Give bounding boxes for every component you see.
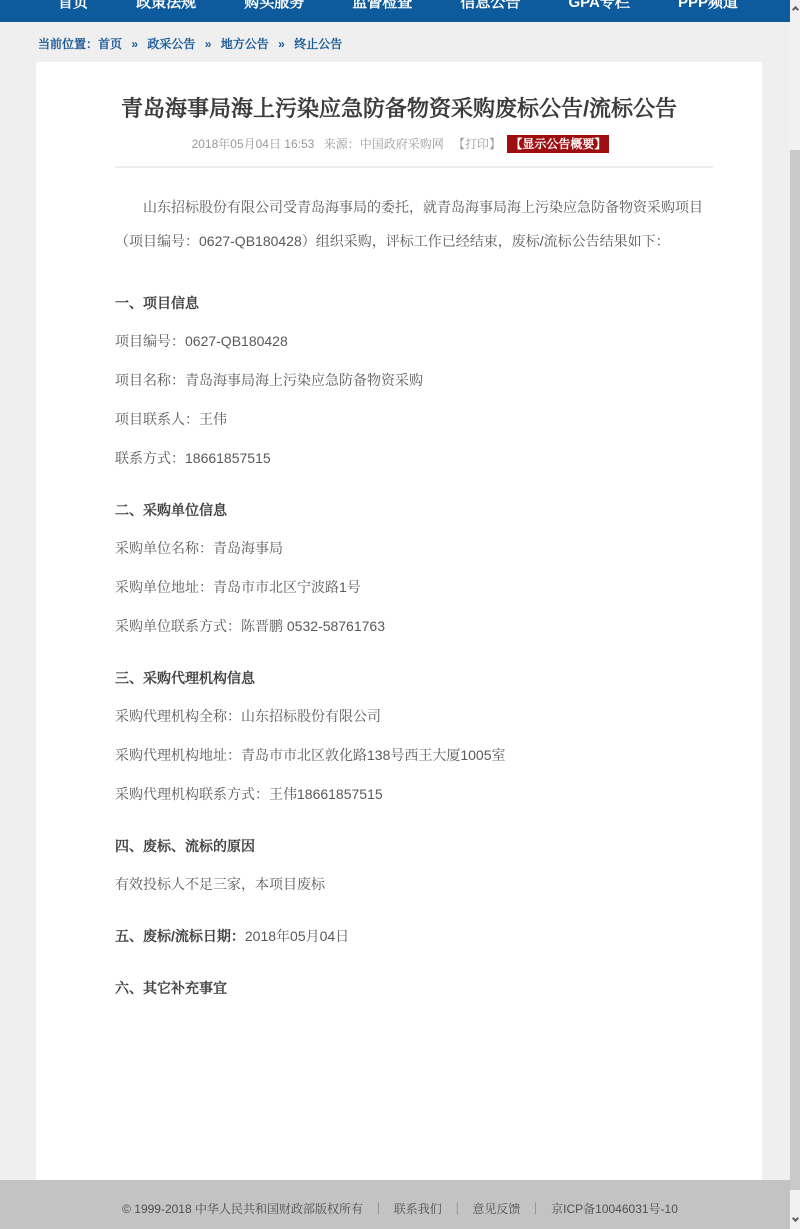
- contact-us-link[interactable]: 联系我们: [394, 1202, 442, 1216]
- project-phone: 联系方式：18661857515: [115, 451, 714, 465]
- project-contact: 项目联系人：王伟: [115, 412, 714, 426]
- section-heading: 二、采购单位信息: [115, 503, 714, 517]
- print-button[interactable]: 【打印】: [453, 137, 501, 151]
- section-project-info: 一、项目信息 项目编号：0627-QB180428 项目名称：青岛海事局海上污染…: [115, 296, 714, 465]
- nav-item-home[interactable]: 首页: [58, 0, 88, 18]
- section-agency-info: 三、采购代理机构信息 采购代理机构全称：山东招标股份有限公司 采购代理机构地址：…: [115, 671, 714, 801]
- icp-number: 京ICP备10046031号-10: [551, 1202, 678, 1216]
- article-card: 青岛海事局海上污染应急防备物资采购废标公告/流标公告 2018年05月04日 1…: [36, 62, 762, 1180]
- nav-item-supervision[interactable]: 监督检查: [352, 0, 412, 18]
- agency-name: 采购代理机构全称：山东招标股份有限公司: [115, 709, 714, 723]
- section-cancellation-reason: 四、废标、流标的原因 有效投标人不足三家，本项目废标: [115, 839, 714, 891]
- agency-address: 采购代理机构地址：青岛市市北区敦化路138号西王大厦1005室: [115, 748, 714, 762]
- project-name: 项目名称：青岛海事局海上污染应急防备物资采购: [115, 373, 714, 387]
- nav-item-ppp[interactable]: PPP频道: [678, 0, 738, 18]
- publish-datetime: 2018年05月04日 16:53: [192, 137, 315, 151]
- section-purchaser-info: 二、采购单位信息 采购单位名称：青岛海事局 采购单位地址：青岛市市北区宁波路1号…: [115, 503, 714, 633]
- cancellation-date-label: 五、废标/流标日期：: [115, 928, 245, 944]
- feedback-link[interactable]: 意见反馈: [472, 1202, 520, 1216]
- footer-separator: ｜: [530, 1202, 542, 1216]
- page-title: 青岛海事局海上污染应急防备物资采购废标公告/流标公告: [36, 62, 762, 124]
- article-body: 山东招标股份有限公司受青岛海事局的委托，就青岛海事局海上污染应急防备物资采购项目…: [36, 168, 762, 995]
- agency-contact: 采购代理机构联系方式：王伟18661857515: [115, 787, 714, 801]
- intro-paragraph: 山东招标股份有限公司受青岛海事局的委托，就青岛海事局海上污染应急防备物资采购项目…: [115, 190, 714, 258]
- purchaser-contact: 采购单位联系方式：陈晋鹏 0532-58761763: [115, 619, 714, 633]
- breadcrumb-separator: »: [278, 37, 285, 51]
- article-meta: 2018年05月04日 16:53 来源：中国政府采购网 【打印】 【显示公告概…: [36, 136, 762, 152]
- vertical-scrollbar[interactable]: [790, 0, 800, 1229]
- section-heading: 三、采购代理机构信息: [115, 671, 714, 685]
- breadcrumb-separator: »: [131, 37, 138, 51]
- scroll-up-arrow-icon[interactable]: [791, 6, 798, 13]
- copyright-text: © 1999-2018 中华人民共和国财政部版权所有: [122, 1202, 363, 1216]
- cancellation-date-value: 2018年05月04日: [245, 928, 349, 944]
- footer-separator: ｜: [372, 1202, 384, 1216]
- scrollbar-thumb[interactable]: [790, 150, 800, 1190]
- breadcrumb-local-announcements-link[interactable]: 地方公告: [221, 37, 269, 51]
- section-heading: 四、废标、流标的原因: [115, 839, 714, 853]
- nav-item-announcements[interactable]: 信息公告: [460, 0, 520, 18]
- purchaser-address: 采购单位地址：青岛市市北区宁波路1号: [115, 580, 714, 594]
- page-footer: © 1999-2018 中华人民共和国财政部版权所有 ｜ 联系我们 ｜ 意见反馈…: [0, 1180, 800, 1229]
- section-other-matters: 六、其它补充事宜: [115, 981, 714, 995]
- project-number: 项目编号：0627-QB180428: [115, 334, 714, 348]
- section-cancellation-date: 五、废标/流标日期：2018年05月04日: [115, 929, 714, 943]
- cancellation-reason: 有效投标人不足三家，本项目废标: [115, 877, 714, 891]
- purchaser-name: 采购单位名称：青岛海事局: [115, 541, 714, 555]
- section-heading: 六、其它补充事宜: [115, 981, 714, 995]
- breadcrumb: 当前位置：首页 » 政采公告 » 地方公告 » 终止公告: [0, 22, 800, 62]
- source-label: 来源：中国政府采购网: [324, 137, 444, 151]
- section-heading: 五、废标/流标日期：2018年05月04日: [115, 929, 714, 943]
- nav-item-purchase-services[interactable]: 购买服务: [244, 0, 304, 18]
- breadcrumb-termination-announcements-link[interactable]: 终止公告: [294, 37, 342, 51]
- breadcrumb-separator: »: [205, 37, 212, 51]
- nav-item-policies[interactable]: 政策法规: [136, 0, 196, 18]
- nav-menu: 首页 政策法规 购买服务 监督检查 信息公告 GPA专栏 PPP频道: [0, 0, 790, 18]
- nav-item-gpa[interactable]: GPA专栏: [568, 0, 629, 18]
- section-heading: 一、项目信息: [115, 296, 714, 310]
- breadcrumb-label: 当前位置：: [38, 37, 98, 51]
- scroll-down-arrow-icon[interactable]: [791, 1215, 798, 1222]
- top-navigation-bar: 首页 政策法规 购买服务 监督检查 信息公告 GPA专栏 PPP频道: [0, 0, 790, 22]
- footer-separator: ｜: [451, 1202, 463, 1216]
- breadcrumb-home-link[interactable]: 首页: [98, 37, 122, 51]
- show-summary-button[interactable]: 【显示公告概要】: [507, 135, 609, 153]
- breadcrumb-procurement-announcements-link[interactable]: 政采公告: [147, 37, 195, 51]
